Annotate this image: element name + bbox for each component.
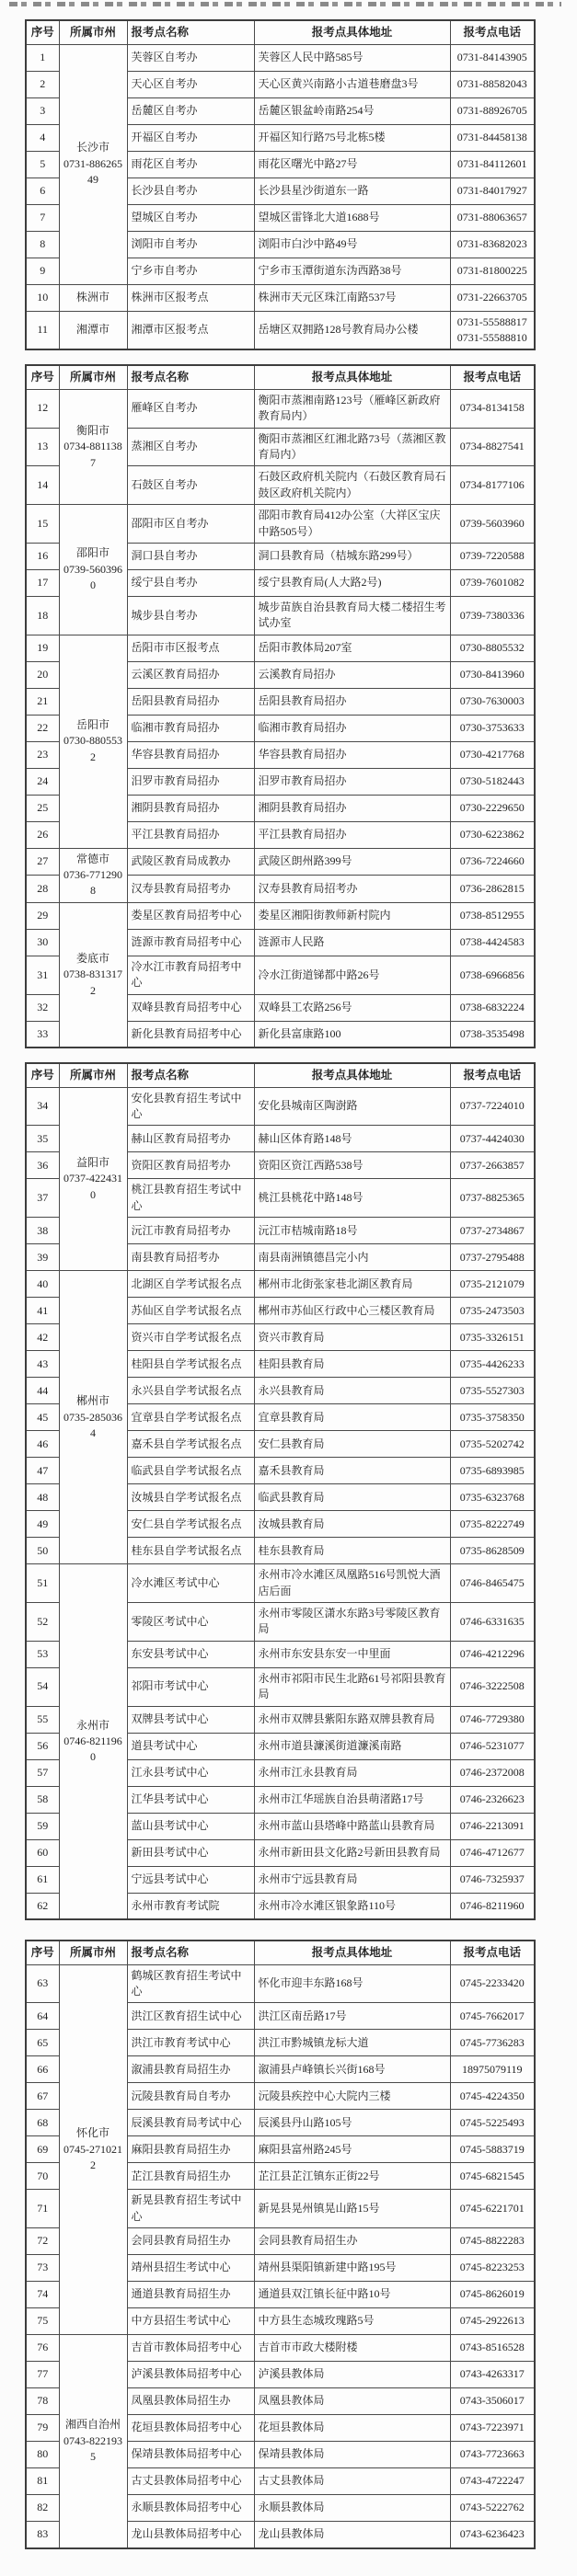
row-number-cell: 39 — [26, 1244, 59, 1271]
row-number-cell: 37 — [26, 1179, 59, 1218]
point-name-cell: 绥宁县自考办 — [127, 569, 254, 596]
city-phone: 0734-8811387 — [63, 439, 123, 471]
row-number-cell: 51 — [26, 1564, 59, 1603]
point-phone-cell: 0738-8512955 — [450, 902, 535, 929]
row-number-cell: 70 — [26, 2163, 59, 2190]
point-name-cell: 永州市教育考试院 — [127, 1893, 254, 1919]
city-cell: 怀化市0745-2710212 — [59, 1964, 127, 2335]
city-phone: 0735-2850364 — [63, 1410, 123, 1442]
point-address-cell: 桃江县桃花中路148号 — [254, 1179, 450, 1218]
city-cell: 益阳市0737-4224310 — [59, 1087, 127, 1271]
point-address-cell: 永州市冷水滩区银象路110号 — [254, 1893, 450, 1919]
point-phone-cell: 0743-4263317 — [450, 2362, 535, 2388]
point-name-cell: 龙山县教体局招考中心 — [127, 2522, 254, 2548]
point-name-cell: 永兴县自学考试报名点 — [127, 1378, 254, 1404]
point-phone-cell: 0737-4424030 — [450, 1126, 535, 1152]
row-number-cell: 40 — [26, 1271, 59, 1298]
point-phone-cell: 0730-8805532 — [450, 635, 535, 661]
point-phone-cell: 0734-8134158 — [450, 389, 535, 428]
point-phone-cell: 0736-7224660 — [450, 848, 535, 876]
row-number-cell: 83 — [26, 2522, 59, 2548]
city-label: 怀化市 — [63, 2125, 123, 2141]
column-header: 所属市州 — [59, 1941, 127, 1964]
point-name-cell: 冷水江市教育局招考中心 — [127, 956, 254, 994]
point-phone-cell: 0745-2233420 — [450, 1964, 535, 2003]
point-name-cell: 东安县考试中心 — [127, 1641, 254, 1667]
point-phone-cell: 0735-8628509 — [450, 1538, 535, 1564]
point-name-cell: 涟源市教育局招考中心 — [127, 929, 254, 956]
point-phone-cell: 0746-7325937 — [450, 1866, 535, 1893]
row-number-cell: 44 — [26, 1378, 59, 1404]
registration-points-table-1: 序号所属市州报考点名称报考点具体地址报考点电话1长沙市0731-88626549… — [0, 19, 577, 350]
point-name-cell: 岳阳市市区报考点 — [127, 635, 254, 661]
point-name-cell: 双峰县教育局招考中心 — [127, 994, 254, 1021]
city-cell: 株洲市 — [59, 284, 127, 311]
point-address-cell: 岳麓区银盆岭南路254号 — [254, 97, 450, 124]
row-number-cell: 62 — [26, 1893, 59, 1919]
point-phone-cell: 0743-5222762 — [450, 2495, 535, 2522]
table: 序号所属市州报考点名称报考点具体地址报考点电话12衡阳市0734-8811387… — [25, 364, 536, 1048]
row-number-cell: 79 — [26, 2415, 59, 2442]
column-header: 序号 — [26, 1941, 59, 1964]
point-phone-cell: 0739-7380336 — [450, 596, 535, 635]
point-address-cell: 溆浦县卢峰镇长兴街168号 — [254, 2056, 450, 2083]
point-address-cell: 宁乡市玉潭街道东沩西路38号 — [254, 258, 450, 284]
point-address-cell: 龙山县教体局 — [254, 2522, 450, 2548]
table-row: 76湘西自治州0743-8221935吉首市教体局招考中心吉首市市政大楼附楼07… — [26, 2335, 535, 2362]
point-address-cell: 华容县教育局招办 — [254, 741, 450, 768]
row-number-cell: 24 — [26, 768, 59, 795]
point-name-cell: 蒸湘区自考办 — [127, 428, 254, 466]
point-address-cell: 赫山区体育路148号 — [254, 1126, 450, 1152]
row-number-cell: 60 — [26, 1839, 59, 1866]
point-name-cell: 古丈县教体局招考中心 — [127, 2468, 254, 2495]
row-number-cell: 77 — [26, 2362, 59, 2388]
point-name-cell: 汝城县自学考试报名点 — [127, 1484, 254, 1511]
point-address-cell: 湘阴县教育局招办 — [254, 795, 450, 821]
row-number-cell: 61 — [26, 1866, 59, 1893]
city-label: 郴州市 — [63, 1393, 123, 1409]
row-number-cell: 8 — [26, 231, 59, 258]
point-name-cell: 汉寿县教育局招考办 — [127, 876, 254, 903]
point-name-cell: 洪江区教育招生试中心 — [127, 2003, 254, 2030]
point-address-cell: 永兴县教育局 — [254, 1378, 450, 1404]
row-number-cell: 36 — [26, 1152, 59, 1179]
point-name-cell: 雨花区自考办 — [127, 151, 254, 177]
point-phone-cell: 0735-5527303 — [450, 1378, 535, 1404]
point-address-cell: 长沙县星沙街道东一路 — [254, 177, 450, 204]
point-address-cell: 株洲市天元区珠江南路537号 — [254, 284, 450, 311]
point-phone-cell: 0746-3222508 — [450, 1667, 535, 1706]
row-number-cell: 46 — [26, 1431, 59, 1458]
point-address-cell: 永州市江永县教育局 — [254, 1759, 450, 1786]
row-number-cell: 57 — [26, 1759, 59, 1786]
point-address-cell: 汉寿县教育局招考办 — [254, 876, 450, 903]
city-label: 株洲市 — [63, 290, 123, 305]
column-header: 报考点电话 — [450, 20, 535, 44]
city-cell: 永州市0746-8211960 — [59, 1564, 127, 1919]
point-address-cell: 通道县双江镇长征中路10号 — [254, 2282, 450, 2308]
point-name-cell: 岳阳县教育局招办 — [127, 688, 254, 715]
point-phone-cell: 0737-2734867 — [450, 1218, 535, 1244]
point-phone-cell: 0730-6223862 — [450, 821, 535, 848]
point-phone-cell: 0734-8827541 — [450, 428, 535, 466]
point-name-cell: 辰溪县教育局考试中心 — [127, 2110, 254, 2136]
point-phone-cell: 0730-5182443 — [450, 768, 535, 795]
city-label: 常德市 — [63, 852, 123, 867]
point-phone-cell: 0735-3326151 — [450, 1324, 535, 1351]
row-number-cell: 4 — [26, 124, 59, 151]
point-name-cell: 靖州县招生考试中心 — [127, 2255, 254, 2282]
point-address-cell: 永州市道县濂溪街道濂溪南路 — [254, 1733, 450, 1759]
point-phone-cell: 0738-6966856 — [450, 956, 535, 994]
row-number-cell: 59 — [26, 1813, 59, 1839]
city-phone: 0730-8805532 — [63, 733, 123, 765]
point-name-cell: 湘阴县教育局招办 — [127, 795, 254, 821]
city-label: 衡阳市 — [63, 423, 123, 439]
point-name-cell: 冷水滩区考试中心 — [127, 1564, 254, 1603]
point-address-cell: 新晃县晃州镇晃山路15号 — [254, 2190, 450, 2228]
point-address-cell: 永州市祁阳市民生北路61号祁阳县教育局 — [254, 1667, 450, 1706]
point-phone-cell: 0745-8223253 — [450, 2255, 535, 2282]
point-address-cell: 辰溪县丹山路105号 — [254, 2110, 450, 2136]
row-number-cell: 32 — [26, 994, 59, 1021]
point-address-cell: 古丈县教体局 — [254, 2468, 450, 2495]
registration-points-table-4: 序号所属市州报考点名称报考点具体地址报考点电话63怀化市0745-2710212… — [0, 1940, 577, 2549]
point-phone-cell: 0730-4217768 — [450, 741, 535, 768]
column-header: 报考点名称 — [127, 20, 254, 44]
point-phone-cell: 0737-8825365 — [450, 1179, 535, 1218]
city-phone: 0731-88626549 — [63, 156, 123, 189]
row-number-cell: 52 — [26, 1602, 59, 1641]
point-phone-cell: 0731-84458138 — [450, 124, 535, 151]
point-phone-cell: 0731-88063657 — [450, 204, 535, 231]
point-address-cell: 开福区知行路75号北栋5楼 — [254, 124, 450, 151]
point-name-cell: 鹤城区教育招生考试中心 — [127, 1964, 254, 2003]
point-phone-cell: 0743-7223971 — [450, 2415, 535, 2442]
point-name-cell: 蓝山县考试中心 — [127, 1813, 254, 1839]
column-header: 报考点电话 — [450, 365, 535, 389]
point-phone-cell: 0730-2229650 — [450, 795, 535, 821]
point-address-cell: 安仁县教育局 — [254, 1431, 450, 1458]
point-name-cell: 嘉禾县自学考试报名点 — [127, 1431, 254, 1458]
city-label: 娄底市 — [63, 951, 123, 967]
point-address-cell: 天心区黄兴南路小古道巷磨盘3号 — [254, 71, 450, 97]
point-phone-cell: 0743-4722247 — [450, 2468, 535, 2495]
column-header: 所属市州 — [59, 1063, 127, 1087]
point-address-cell: 望城区雷锋北大道1688号 — [254, 204, 450, 231]
point-address-cell: 沅江市桔城南路18号 — [254, 1218, 450, 1244]
city-cell: 衡阳市0734-8811387 — [59, 389, 127, 504]
point-phone-cell: 0745-5225493 — [450, 2110, 535, 2136]
point-address-cell: 吉首市市政大楼附楼 — [254, 2335, 450, 2362]
row-number-cell: 5 — [26, 151, 59, 177]
point-phone-cell: 0737-2795488 — [450, 1244, 535, 1271]
table-row: 10株洲市株洲市区报考点株洲市天元区珠江南路537号0731-22663705 — [26, 284, 535, 311]
point-name-cell: 中方县招生考试中心 — [127, 2308, 254, 2335]
point-phone-cell: 0735-2473503 — [450, 1298, 535, 1324]
point-name-cell: 浏阳市自考办 — [127, 231, 254, 258]
point-name-cell: 娄星区教育局招考中心 — [127, 902, 254, 929]
point-name-cell: 芙蓉区自考办 — [127, 44, 254, 71]
point-name-cell: 赫山区教育局招考办 — [127, 1126, 254, 1152]
table-row: 19岳阳市0730-8805532岳阳市市区报考点岳阳市教体局207室0730-… — [26, 635, 535, 661]
table-row: 1长沙市0731-88626549芙蓉区自考办芙蓉区人民中路585号0731-8… — [26, 44, 535, 71]
point-phone-cell: 0735-4426233 — [450, 1351, 535, 1378]
city-cell: 湘潭市 — [59, 311, 127, 349]
point-phone-cell: 0735-2121079 — [450, 1271, 535, 1298]
point-name-cell: 洪江市教育考试中心 — [127, 2030, 254, 2056]
point-phone-cell: 0746-5231077 — [450, 1733, 535, 1759]
row-number-cell: 64 — [26, 2003, 59, 2030]
point-phone-cell: 0745-8822283 — [450, 2228, 535, 2255]
point-address-cell: 资兴市教育局 — [254, 1324, 450, 1351]
row-number-cell: 74 — [26, 2282, 59, 2308]
point-address-cell: 临湘市教育局招办 — [254, 715, 450, 741]
point-address-cell: 新化县富康路100 — [254, 1021, 450, 1048]
point-name-cell: 望城区自考办 — [127, 204, 254, 231]
point-name-cell: 零陵区考试中心 — [127, 1602, 254, 1641]
table-row: 11湘潭市湘潭市区报考点岳塘区双拥路128号教育局办公楼0731-5558881… — [26, 311, 535, 349]
point-name-cell: 凤凰县教体局招生办 — [127, 2388, 254, 2415]
city-label: 邵阳市 — [63, 545, 123, 561]
point-address-cell: 绥宁县教育局(人大路2号) — [254, 569, 450, 596]
row-number-cell: 63 — [26, 1964, 59, 2003]
point-name-cell: 安化县教育招生考试中心 — [127, 1087, 254, 1126]
point-address-cell: 娄星区湘阳街教师新村院内 — [254, 902, 450, 929]
table: 序号所属市州报考点名称报考点具体地址报考点电话34益阳市0737-4224310… — [25, 1062, 536, 1920]
point-address-cell: 永州市零陵区潇水东路3号零陵区教育局 — [254, 1602, 450, 1641]
document-page: 序号所属市州报考点名称报考点具体地址报考点电话1长沙市0731-88626549… — [0, 0, 577, 2549]
point-address-cell: 武陵区朗州路399号 — [254, 848, 450, 876]
point-phone-cell: 0746-4212296 — [450, 1641, 535, 1667]
table-row: 40郴州市0735-2850364北湖区自学考试报名点郴州市北街张家巷北湖区教育… — [26, 1271, 535, 1298]
point-name-cell: 吉首市教体局招考中心 — [127, 2335, 254, 2362]
point-address-cell: 怀化市迎丰东路168号 — [254, 1964, 450, 2003]
point-address-cell: 会同县教育局招生办 — [254, 2228, 450, 2255]
city-cell: 娄底市0738-8313172 — [59, 902, 127, 1048]
point-phone-cell: 0746-8465475 — [450, 1564, 535, 1603]
point-phone-cell: 0731-88926705 — [450, 97, 535, 124]
point-name-cell: 道县考试中心 — [127, 1733, 254, 1759]
column-header: 报考点具体地址 — [254, 1063, 450, 1087]
point-name-cell: 洞口县自考办 — [127, 543, 254, 569]
point-address-cell: 岳阳县教育局招办 — [254, 688, 450, 715]
point-address-cell: 城步苗族自治县教育局大楼二楼招生考试办室 — [254, 596, 450, 635]
row-number-cell: 58 — [26, 1786, 59, 1813]
point-address-cell: 浏阳市白沙中路49号 — [254, 231, 450, 258]
point-address-cell: 洪江区南岳路17号 — [254, 2003, 450, 2030]
point-name-cell: 双牌县考试中心 — [127, 1706, 254, 1733]
row-number-cell: 42 — [26, 1324, 59, 1351]
point-name-cell: 邵阳市区自考办 — [127, 505, 254, 544]
point-phone-cell: 0731-81800225 — [450, 258, 535, 284]
point-address-cell: 保靖县教体局 — [254, 2442, 450, 2468]
point-address-cell: 石鼓区政府机关院内（石鼓区教育局石鼓区政府机关院内） — [254, 466, 450, 505]
point-address-cell: 郴州市北街张家巷北湖区教育局 — [254, 1271, 450, 1298]
point-name-cell: 麻阳县教育局招生办 — [127, 2136, 254, 2163]
point-address-cell: 沅陵县疾控中心大院内三楼 — [254, 2083, 450, 2110]
table: 序号所属市州报考点名称报考点具体地址报考点电话63怀化市0745-2710212… — [25, 1940, 536, 2549]
point-address-cell: 汨罗市教育局招办 — [254, 768, 450, 795]
point-name-cell: 宜章县自学考试报名点 — [127, 1404, 254, 1431]
row-number-cell: 11 — [26, 311, 59, 349]
table-row: 51永州市0746-8211960冷水滩区考试中心永州市冷水滩区凤凰路516号凯… — [26, 1564, 535, 1603]
row-number-cell: 78 — [26, 2388, 59, 2415]
column-header: 报考点电话 — [450, 1063, 535, 1087]
point-phone-cell: 0746-6331635 — [450, 1602, 535, 1641]
column-header: 报考点名称 — [127, 1941, 254, 1964]
point-phone-cell: 0745-7736283 — [450, 2030, 535, 2056]
row-number-cell: 66 — [26, 2056, 59, 2083]
point-name-cell: 宁乡市自考办 — [127, 258, 254, 284]
point-name-cell: 江华县考试中心 — [127, 1786, 254, 1813]
point-phone-cell: 0734-8177106 — [450, 466, 535, 505]
row-number-cell: 10 — [26, 284, 59, 311]
row-number-cell: 73 — [26, 2255, 59, 2282]
column-header: 报考点具体地址 — [254, 1941, 450, 1964]
row-number-cell: 71 — [26, 2190, 59, 2228]
row-number-cell: 82 — [26, 2495, 59, 2522]
row-number-cell: 3 — [26, 97, 59, 124]
point-phone-cell: 0745-5883719 — [450, 2136, 535, 2163]
point-address-cell: 衡阳市蒸湘区红湘北路73号（蒸湘区教育局内） — [254, 428, 450, 466]
point-name-cell: 城步县自考办 — [127, 596, 254, 635]
row-number-cell: 67 — [26, 2083, 59, 2110]
row-number-cell: 21 — [26, 688, 59, 715]
row-number-cell: 75 — [26, 2308, 59, 2335]
point-phone-cell: 0745-8626019 — [450, 2282, 535, 2308]
row-number-cell: 26 — [26, 821, 59, 848]
point-name-cell: 芷江县教育局招生办 — [127, 2163, 254, 2190]
point-phone-cell: 0736-2862815 — [450, 876, 535, 903]
point-name-cell: 天心区自考办 — [127, 71, 254, 97]
city-phone: 0743-8221935 — [63, 2433, 123, 2466]
point-address-cell: 永州市冷水滩区凤凰路516号凯悦大酒店后面 — [254, 1564, 450, 1603]
column-header: 报考点名称 — [127, 1063, 254, 1087]
point-phone-cell: 0735-3758350 — [450, 1404, 535, 1431]
point-name-cell: 新晃县教育招生考试中心 — [127, 2190, 254, 2228]
point-phone-cell: 0731-84112601 — [450, 151, 535, 177]
row-number-cell: 76 — [26, 2335, 59, 2362]
point-phone-cell: 0746-4712677 — [450, 1839, 535, 1866]
point-address-cell: 郴州市苏仙区行政中心三楼区教育局 — [254, 1298, 450, 1324]
point-name-cell: 桃江县教育招生考试中心 — [127, 1179, 254, 1218]
row-number-cell: 23 — [26, 741, 59, 768]
point-name-cell: 保靖县教体局招考中心 — [127, 2442, 254, 2468]
point-phone-cell: 0730-7630003 — [450, 688, 535, 715]
row-number-cell: 54 — [26, 1667, 59, 1706]
city-cell: 郴州市0735-2850364 — [59, 1271, 127, 1564]
point-name-cell: 云溪区教育局招办 — [127, 661, 254, 688]
point-phone-cell: 18975079119 — [450, 2056, 535, 2083]
column-header: 报考点具体地址 — [254, 20, 450, 44]
point-address-cell: 永州市蓝山县塔峰中路蓝山县教育局 — [254, 1813, 450, 1839]
row-number-cell: 48 — [26, 1484, 59, 1511]
column-header: 报考点电话 — [450, 1941, 535, 1964]
row-number-cell: 41 — [26, 1298, 59, 1324]
column-header: 序号 — [26, 20, 59, 44]
point-phone-cell: 0746-2326623 — [450, 1786, 535, 1813]
point-address-cell: 芙蓉区人民中路585号 — [254, 44, 450, 71]
row-number-cell: 2 — [26, 71, 59, 97]
point-address-cell: 永州市江华瑶族自治县萌渚路17号 — [254, 1786, 450, 1813]
point-address-cell: 资阳区资江西路538号 — [254, 1152, 450, 1179]
registration-points-table-3: 序号所属市州报考点名称报考点具体地址报考点电话34益阳市0737-4224310… — [0, 1062, 577, 1920]
point-name-cell: 开福区自考办 — [127, 124, 254, 151]
city-phone: 0737-4224310 — [63, 1171, 123, 1203]
row-number-cell: 9 — [26, 258, 59, 284]
point-name-cell: 溆浦县教育局招生办 — [127, 2056, 254, 2083]
row-number-cell: 33 — [26, 1021, 59, 1048]
point-name-cell: 南县教育局招考办 — [127, 1244, 254, 1271]
point-address-cell: 永顺县教体局 — [254, 2495, 450, 2522]
row-number-cell: 27 — [26, 848, 59, 876]
point-address-cell: 安化县城南区陶澍路 — [254, 1087, 450, 1126]
city-cell: 湘西自治州0743-8221935 — [59, 2335, 127, 2548]
row-number-cell: 43 — [26, 1351, 59, 1378]
table-row: 12衡阳市0734-8811387雁峰区自考办衡阳市蒸湘南路123号（雁峰区新政… — [26, 389, 535, 428]
point-address-cell: 洪江市黔城镇龙标大道 — [254, 2030, 450, 2056]
row-number-cell: 19 — [26, 635, 59, 661]
point-phone-cell: 0739-7601082 — [450, 569, 535, 596]
point-name-cell: 桂阳县自学考试报名点 — [127, 1351, 254, 1378]
point-phone-cell: 0746-2372008 — [450, 1759, 535, 1786]
row-number-cell: 13 — [26, 428, 59, 466]
point-address-cell: 芷江县芷江镇东正街22号 — [254, 2163, 450, 2190]
point-name-cell: 通道县教育局招生办 — [127, 2282, 254, 2308]
point-name-cell: 华容县教育局招办 — [127, 741, 254, 768]
table-row: 15邵阳市0739-5603960邵阳市区自考办邵阳市教育局412办公室（大祥区… — [26, 505, 535, 544]
row-number-cell: 30 — [26, 929, 59, 956]
point-address-cell: 桂东县教育局 — [254, 1538, 450, 1564]
point-address-cell: 双峰县工农路256号 — [254, 994, 450, 1021]
city-phone: 0738-8313172 — [63, 967, 123, 999]
point-phone-cell: 0745-7662017 — [450, 2003, 535, 2030]
point-phone-cell: 0735-8222749 — [450, 1511, 535, 1538]
point-name-cell: 花垣县教体局招考中心 — [127, 2415, 254, 2442]
point-phone-cell: 0735-6893985 — [450, 1458, 535, 1484]
point-phone-cell: 0731-88582043 — [450, 71, 535, 97]
point-name-cell: 祁阳市考试中心 — [127, 1667, 254, 1706]
point-phone-cell: 0739-7220588 — [450, 543, 535, 569]
point-address-cell: 永州市宁远县教育局 — [254, 1866, 450, 1893]
point-name-cell: 资阳区教育局招考办 — [127, 1152, 254, 1179]
table-row: 34益阳市0737-4224310安化县教育招生考试中心安化县城南区陶澍路073… — [26, 1087, 535, 1126]
city-label: 益阳市 — [63, 1155, 123, 1171]
point-name-cell: 沅陵县教育局自考办 — [127, 2083, 254, 2110]
point-name-cell: 会同县教育局招生办 — [127, 2228, 254, 2255]
point-name-cell: 新化县教育局招考中心 — [127, 1021, 254, 1048]
row-number-cell: 7 — [26, 204, 59, 231]
column-header: 报考点具体地址 — [254, 365, 450, 389]
city-cell: 长沙市0731-88626549 — [59, 44, 127, 284]
column-header: 所属市州 — [59, 365, 127, 389]
point-address-cell: 永州市东安县东安一中里面 — [254, 1641, 450, 1667]
row-number-cell: 53 — [26, 1641, 59, 1667]
row-number-cell: 55 — [26, 1706, 59, 1733]
point-address-cell: 嘉禾县教育局 — [254, 1458, 450, 1484]
row-number-cell: 47 — [26, 1458, 59, 1484]
point-address-cell: 涟源市人民路 — [254, 929, 450, 956]
column-header: 序号 — [26, 1063, 59, 1087]
row-number-cell: 12 — [26, 389, 59, 428]
row-number-cell: 1 — [26, 44, 59, 71]
point-address-cell: 桂阳县教育局 — [254, 1351, 450, 1378]
point-address-cell: 中方县生态城玫瑰路5号 — [254, 2308, 450, 2335]
point-name-cell: 武陵区教育局成教办 — [127, 848, 254, 876]
city-label: 岳阳市 — [63, 717, 123, 733]
